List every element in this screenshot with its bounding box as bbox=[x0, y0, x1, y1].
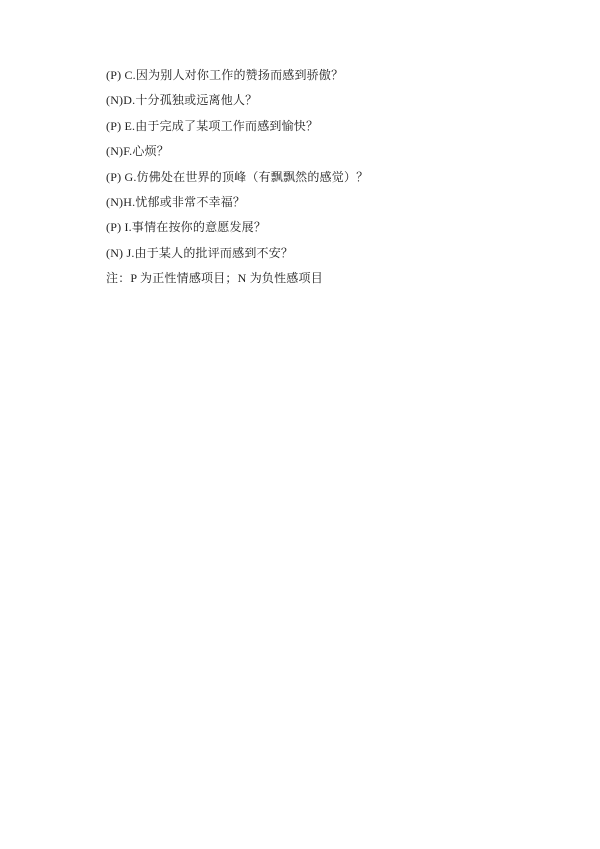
item-text: 由于某人的批评而感到不安？ bbox=[135, 246, 294, 260]
affect-item-f: (N)F.心烦？ bbox=[106, 139, 560, 164]
affect-item-e: (P) E.由于完成了某项工作而感到愉快？ bbox=[106, 114, 560, 139]
item-text: 仿佛处在世界的顶峰（有飘飘然的感觉）？ bbox=[137, 170, 369, 184]
affect-item-c: (P) C.因为别人对你工作的赞扬而感到骄傲？ bbox=[106, 63, 560, 88]
item-tag: (N)H. bbox=[106, 195, 135, 209]
item-text: 心烦？ bbox=[132, 144, 169, 158]
affect-item-h: (N)H.忧郁或非常不幸福？ bbox=[106, 190, 560, 215]
item-tag: (P) I. bbox=[106, 220, 132, 234]
item-tag: (P) C. bbox=[106, 68, 136, 82]
item-tag: (P) E. bbox=[106, 119, 135, 133]
item-tag: (N)D. bbox=[106, 93, 135, 107]
item-tag: (P) G. bbox=[106, 170, 137, 184]
item-text: 事情在按你的意愿发展？ bbox=[132, 220, 266, 234]
affect-item-j: (N) J.由于某人的批评而感到不安？ bbox=[106, 241, 560, 266]
item-tag: (N) J. bbox=[106, 246, 135, 260]
item-text: 因为别人对你工作的赞扬而感到骄傲？ bbox=[136, 68, 343, 82]
item-text: 由于完成了某项工作而感到愉快？ bbox=[135, 119, 318, 133]
item-tag: (N)F. bbox=[106, 144, 132, 158]
document-page: (P) C.因为别人对你工作的赞扬而感到骄傲？ (N)D.十分孤独或远离他人？ … bbox=[0, 0, 600, 849]
item-text: 十分孤独或远离他人？ bbox=[135, 93, 257, 107]
affect-item-g: (P) G.仿佛处在世界的顶峰（有飘飘然的感觉）？ bbox=[106, 165, 560, 190]
item-text: 忧郁或非常不幸福？ bbox=[135, 195, 245, 209]
note-line: 注：P 为正性情感项目；N 为负性感项目 bbox=[106, 266, 560, 291]
question-list: (P) C.因为别人对你工作的赞扬而感到骄傲？ (N)D.十分孤独或远离他人？ … bbox=[106, 63, 560, 292]
affect-item-i: (P) I.事情在按你的意愿发展？ bbox=[106, 215, 560, 240]
affect-item-d: (N)D.十分孤独或远离他人？ bbox=[106, 88, 560, 113]
